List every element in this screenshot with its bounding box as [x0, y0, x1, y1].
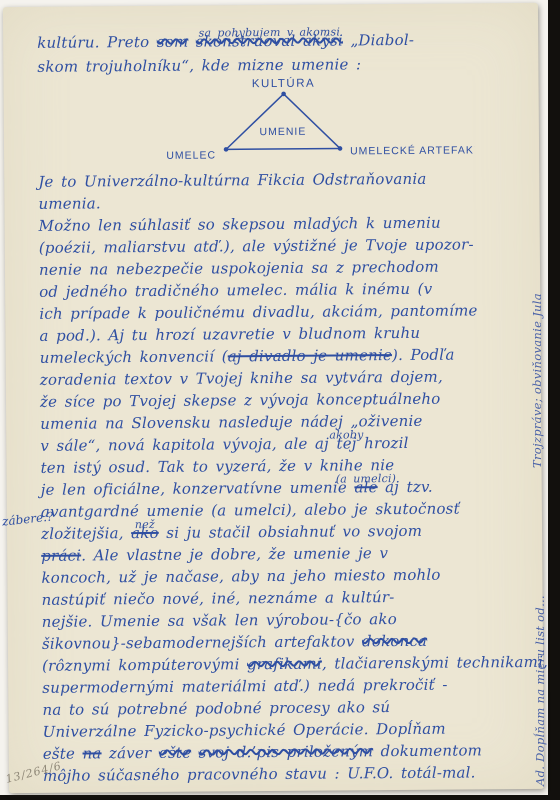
handwritten-text: ). Podľa: [392, 346, 455, 364]
handwritten-text: skom trojuholníku“, kde mizne umenie :: [37, 55, 361, 76]
handwritten-text: kultúru. Preto: [37, 33, 157, 52]
handwritten-text: dokumentom: [373, 741, 482, 760]
handwritten-text: si ju stačil obsiahnuť vo svojom: [159, 522, 423, 542]
handwritten-text: umenia.: [38, 194, 100, 212]
handwritten-text: , tlačiarenskými technikami,: [322, 653, 548, 673]
handwritten-text: avantgardné umenie (a umelci), alebo je …: [41, 500, 460, 521]
diagram-label-artefakty: UMELECKÉ ARTEFAKTY: [350, 143, 474, 157]
strikethrough-text: na: [82, 744, 101, 762]
handwritten-text: nenie na nebezpečie uspokojenia sa z pre…: [39, 258, 439, 279]
handwritten-line: (poézii, maliarstvu atď.), ale výstižné …: [39, 233, 526, 259]
diagram-label-umelec: UMELEC: [166, 149, 216, 161]
handwritten-line: umeleckých konvencií (aj divadlo je umen…: [40, 343, 527, 369]
corrected-word: sa pohybujem v akomsiskonštruoval akýsi: [196, 31, 343, 50]
strikethrough-text: som: [157, 33, 189, 51]
right-margin-note-lower: Ad. Dopĺňam na mieru list od…: [533, 438, 547, 786]
handwritten-line: ich prípade k pouličnému divadlu, akciám…: [39, 299, 526, 325]
insertion-text: (a umelci): [336, 473, 396, 484]
triangle-diagram: KULTÚRA UMENIE UMELEC UMELECKÉ ARTEFAKTY: [37, 75, 525, 171]
handwritten-text: a pod.). Aj tu hrozí uzavretie v bludnom…: [39, 324, 420, 345]
letter-body-text: Je to Univerzálno-kultúrna Fikcia Odstra…: [38, 167, 530, 787]
insertion-text: sa pohybujem v akomsi: [199, 26, 341, 38]
handwritten-text: (poézii, maliarstvu atď.), ale výstižné …: [39, 235, 474, 256]
triangle-left-edge: [226, 94, 284, 149]
letter-photo: kultúru. Preto som sa pohybujem v akomsi…: [0, 0, 560, 800]
strikethrough-text: grafikami: [247, 655, 322, 674]
handwritten-text: môjho súčasného pracovného stavu : U.F.O…: [43, 763, 476, 784]
strikethrough-text: ešte: [159, 744, 191, 762]
handwritten-text: (rôznymi kompúterovými: [42, 655, 247, 675]
handwritten-text: . Ale vlastne je dobre, že umenie je v: [81, 544, 388, 564]
corrected-word: (a umelci)ale: [354, 478, 377, 496]
corrected-word: akobytej: [336, 434, 356, 452]
strikethrough-text: práci: [41, 547, 81, 565]
left-vertex-dot: [224, 147, 229, 152]
handwritten-text: umeleckých konvencií (: [40, 347, 228, 366]
strikethrough-text: svoj d.’pis priloženým: [199, 742, 374, 761]
diagram-label-kultura: KULTÚRA: [252, 77, 315, 90]
handwritten-text: od jedného tradičného umelec. mália k in…: [39, 280, 432, 301]
triangle-right-edge: [284, 93, 340, 148]
strikethrough-text: aj divadlo je umenie: [228, 346, 392, 365]
handwritten-text: zložitejšia,: [41, 524, 131, 543]
handwritten-text: hrozil: [357, 434, 409, 452]
handwritten-text: zoradenia textov v Tvojej knihe sa vytvá…: [40, 368, 443, 389]
handwritten-text: ich prípade k pouličnému divadlu, akciám…: [39, 301, 477, 322]
handwritten-line: môjho súčasného pracovného stavu : U.F.O…: [43, 761, 530, 787]
handwritten-text: „Diabol-: [343, 31, 414, 50]
insertion-text: než: [135, 519, 155, 530]
handwritten-text: že síce po Tvojej skepse z vývoja koncep…: [40, 390, 441, 411]
apex-vertex-dot: [281, 92, 286, 97]
right-vertex-dot: [338, 146, 343, 151]
handwritten-text: v sále“, nová kapitola vývoja, ale aj: [40, 435, 336, 455]
handwritten-text: nejšie. Umenie sa však len výrobou-{čo a…: [42, 610, 397, 631]
triangle-drawing: KULTÚRA UMENIE UMELEC UMELECKÉ ARTEFAKTY: [133, 75, 474, 170]
handwritten-letter-page: kultúru. Preto som sa pohybujem v akomsi…: [3, 3, 544, 793]
handwritten-text: umenia na Slovensku nasleduje nádej „oži…: [40, 412, 422, 433]
handwritten-text: Univerzálne Fyzicko-psychické Operácie. …: [43, 720, 446, 741]
handwritten-text: na to sú potrebné podobné procesy ako sú: [42, 698, 390, 719]
handwritten-text: ešte: [43, 745, 83, 763]
handwritten-text: supermodernými materiálmi atď.) nedá pre…: [42, 676, 447, 697]
handwritten-text: [191, 744, 199, 762]
handwritten-text: záver: [101, 744, 158, 762]
handwritten-text: nastúpiť niečo nové, iné, neznáme a kult…: [42, 588, 395, 609]
handwritten-text: je len oficiálne, konzervatívne umenie: [41, 478, 355, 498]
handwritten-text: [188, 33, 196, 51]
handwritten-text: Je to Univerzálno-kultúrna Fikcia Odstra…: [38, 170, 426, 191]
handwritten-text: šikovnou}-sebamodernejších artefaktov: [42, 632, 362, 653]
right-margin-note-upper: Trojzpráve; obviňovanie Jula: [530, 168, 544, 468]
diagram-label-umenie: UMENIE: [259, 126, 306, 138]
handwritten-line: (rôznymi kompúterovými grafikami, tlačia…: [42, 651, 529, 677]
triangle-base-edge: [226, 148, 340, 149]
handwritten-line: avantgardné umenie (a umelci), alebo je …: [41, 497, 528, 523]
strikethrough-text: dokonca: [362, 632, 427, 651]
opening-paragraph: kultúru. Preto som sa pohybujem v akomsi…: [37, 27, 524, 79]
handwritten-text: koncoch, už je načase, aby na jeho miest…: [41, 566, 440, 587]
insertion-text: akoby: [329, 429, 363, 440]
corrected-word: nežako: [131, 524, 159, 542]
handwritten-text: Možno len súhlasiť so skepsou mladých k …: [39, 214, 441, 235]
